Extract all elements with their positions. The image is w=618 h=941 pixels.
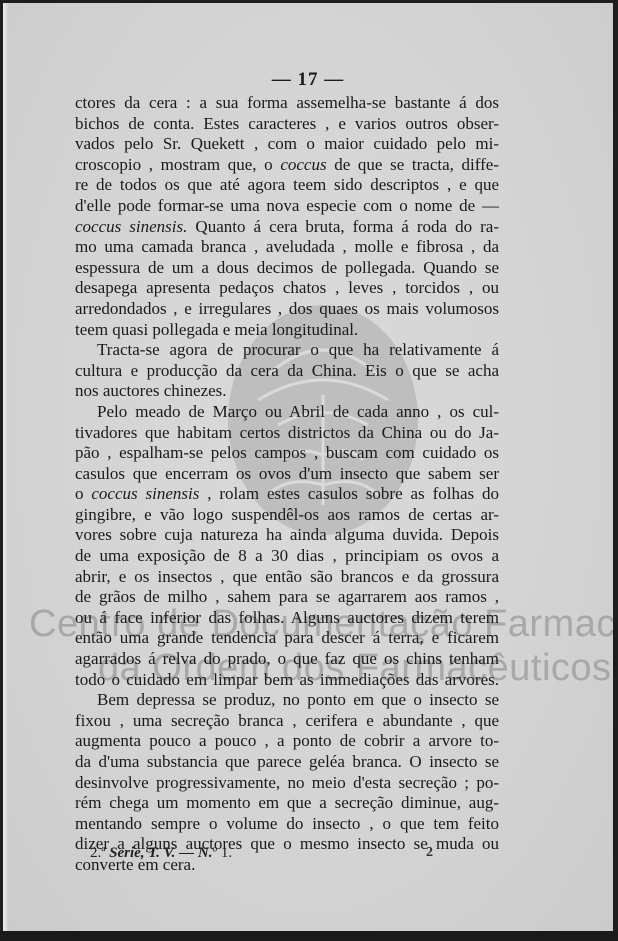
text-line: augmenta pouco a pouco , a ponto de cobr… — [75, 731, 499, 752]
text-line: coccus sinensis. Quanto á cera bruta, fo… — [75, 217, 499, 238]
signature-series: Serie, T. V. — N. — [109, 845, 212, 861]
text-line: pão , espalham-se pelos campos , buscam … — [75, 443, 499, 464]
text-line: nos auctores chinezes. — [75, 381, 499, 402]
text-line: fixou , uma secreção branca , cerifera e… — [75, 711, 499, 732]
body-text: ctores da cera : a sua forma assemelha-s… — [75, 93, 499, 876]
text-line: gingibre, e vão logo suspendêl-os aos ra… — [75, 505, 499, 526]
text-line: desapega apresenta pedaços chatos , leve… — [75, 278, 499, 299]
text-line: mentando sempre o volume do insecto , o … — [75, 814, 499, 835]
text-line: então uma grande tendencia para descer á… — [75, 628, 499, 649]
signature-suffix: º 1. — [213, 845, 233, 861]
text-line: o coccus sinensis , rolam estes casulos … — [75, 484, 499, 505]
text-line: ctores da cera : a sua forma assemelha-s… — [75, 93, 499, 114]
text-line: da d'uma substancia que parece geléa bra… — [75, 752, 499, 773]
text-line: casulos que encerram os ovos d'um insect… — [75, 464, 499, 485]
text-line: todo o cuidado em limpar bem as immediaç… — [75, 670, 499, 691]
text-line: de grãos de milho , sahem para se agarra… — [75, 587, 499, 608]
text-line: agarrados á relva do prado, o que faz qu… — [75, 649, 499, 670]
text-line: ou á face inferior das folhas. Alguns au… — [75, 608, 499, 629]
text-line: espessura de um a dous decimos de polleg… — [75, 258, 499, 279]
text-line: Bem depressa se produz, no ponto em que … — [75, 690, 499, 711]
book-page: Centro de Documentação Farmacêutica da O… — [3, 3, 613, 933]
text-line: tivadores que habitam certos districtos … — [75, 423, 499, 444]
signature-prefix: 2.ª — [90, 845, 109, 861]
text-line: Pelo meado de Março ou Abril de cada ann… — [75, 402, 499, 423]
signature-mark: 2.ª Serie, T. V. — N.º 1. — [90, 845, 232, 862]
text-line: rém chega um momento em que a secreção d… — [75, 793, 499, 814]
page-edge — [3, 3, 8, 933]
scan-shadow — [0, 931, 618, 941]
text-line: vores sobre cuja natureza ha ainda algum… — [75, 525, 499, 546]
text-line: bichos de conta. Estes caracteres , e va… — [75, 114, 499, 135]
text-line: mo uma camada branca , aveludada , molle… — [75, 237, 499, 258]
page-number: — 17 — — [3, 69, 613, 91]
text-line: cultura e producção da cera da China. Ei… — [75, 361, 499, 382]
text-line: desinvolve progressivamente, no meio d'e… — [75, 773, 499, 794]
text-line: vados pelo Sr. Quekett , com o maior cui… — [75, 134, 499, 155]
text-line: arredondados , e irregulares , dos quaes… — [75, 299, 499, 320]
text-line: de uma exposição de 8 a 30 dias , princi… — [75, 546, 499, 567]
text-line: d'elle pode formar-se uma nova especie c… — [75, 196, 499, 217]
text-line: teem quasi pollegada e meia longitudinal… — [75, 320, 499, 341]
text-line: re de todos os que até agora teem sido d… — [75, 175, 499, 196]
sheet-mark: 2 — [426, 845, 433, 861]
text-line: Tracta-se agora de procurar o que ha rel… — [75, 340, 499, 361]
text-line: abrir, e os insectos , que então são bra… — [75, 567, 499, 588]
text-line: croscopio , mostram que, o coccus de que… — [75, 155, 499, 176]
